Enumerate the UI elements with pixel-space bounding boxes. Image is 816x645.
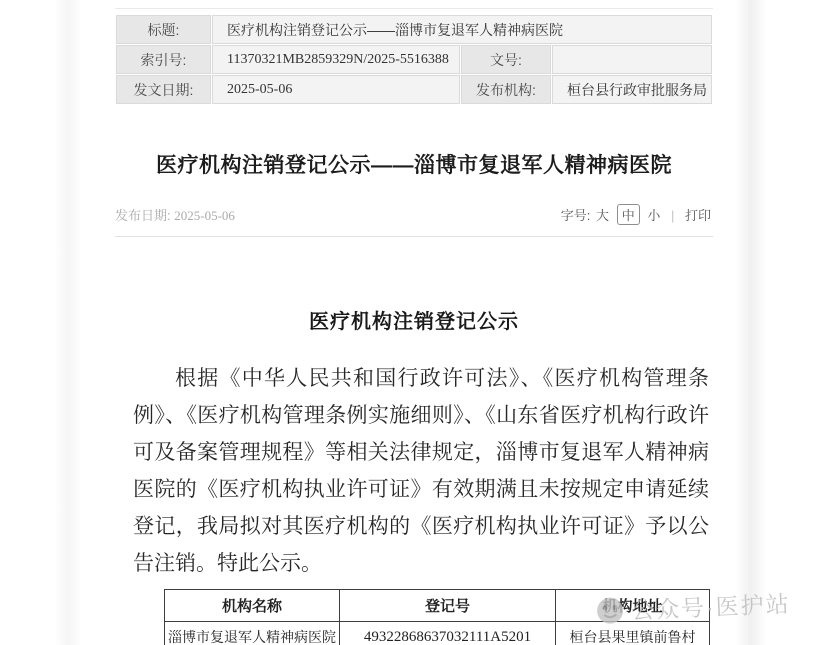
top-divider bbox=[115, 8, 713, 9]
cell-org-name: 淄博市复退军人精神病医院 bbox=[165, 622, 340, 645]
announcement-heading: 医疗机构注销登记公示 bbox=[115, 305, 713, 334]
document-meta-table: 标题: 医疗机构注销登记公示——淄博市复退军人精神病医院 索引号: 113703… bbox=[115, 14, 713, 105]
right-page-edge-shadow bbox=[735, 0, 767, 645]
page-title: 医疗机构注销登记公示——淄博市复退军人精神病医院 bbox=[115, 149, 713, 179]
meta-agency-value: 桓台县行政审批服务局 bbox=[552, 75, 712, 104]
column-header-reg-number: 登记号 bbox=[340, 590, 556, 622]
meta-row-title: 标题: 医疗机构注销登记公示——淄博市复退军人精神病医院 bbox=[116, 15, 712, 44]
page: 标题: 医疗机构注销登记公示——淄博市复退军人精神病医院 索引号: 113703… bbox=[0, 0, 816, 645]
article-meta-bar: 发布日期: 2025-05-06 字号: 大 中 小 | 打印 bbox=[115, 204, 713, 225]
meta-docnum-label: 文号: bbox=[461, 45, 551, 74]
column-header-org-address: 机构地址 bbox=[556, 590, 710, 622]
meta-title-label: 标题: bbox=[116, 15, 211, 44]
meta-index-label: 索引号: bbox=[116, 45, 211, 74]
meta-date-label: 发文日期: bbox=[116, 75, 211, 104]
fontsize-label: 字号: bbox=[561, 208, 591, 223]
meta-date-value: 2025-05-06 bbox=[212, 75, 460, 104]
meta-row-index: 索引号: 11370321MB2859329N/2025-5516388 文号: bbox=[116, 45, 712, 74]
cell-org-address: 桓台县果里镇前鲁村 bbox=[556, 622, 710, 645]
toolbar-separator: | bbox=[671, 208, 674, 223]
institution-table-header-row: 机构名称 登记号 机构地址 bbox=[165, 590, 710, 622]
meta-docnum-value bbox=[552, 45, 712, 74]
publish-date-value: 2025-05-06 bbox=[174, 208, 235, 223]
fontsize-large-button[interactable]: 大 bbox=[596, 205, 609, 224]
publish-date: 发布日期: 2025-05-06 bbox=[115, 205, 235, 224]
table-row: 淄博市复退军人精神病医院 49322868637032111A5201 桓台县果… bbox=[165, 622, 710, 645]
announcement-paragraph: 根据《中华人民共和国行政许可法》、《医疗机构管理条例》、《医疗机构管理条例实施细… bbox=[133, 360, 709, 582]
cell-reg-number: 49322868637032111A5201 bbox=[340, 622, 556, 645]
header-divider bbox=[115, 236, 713, 237]
publish-date-label: 发布日期: bbox=[115, 208, 171, 223]
institution-table: 机构名称 登记号 机构地址 淄博市复退军人精神病医院 4932286863703… bbox=[164, 589, 710, 645]
column-header-org-name: 机构名称 bbox=[165, 590, 340, 622]
print-button[interactable]: 打印 bbox=[685, 205, 711, 224]
meta-row-date: 发文日期: 2025-05-06 发布机构: 桓台县行政审批服务局 bbox=[116, 75, 712, 104]
meta-agency-label: 发布机构: bbox=[461, 75, 551, 104]
content-area: 标题: 医疗机构注销登记公示——淄博市复退军人精神病医院 索引号: 113703… bbox=[115, 0, 713, 645]
font-size-toolbar: 字号: 大 中 小 | 打印 bbox=[561, 204, 713, 225]
fontsize-medium-button[interactable]: 中 bbox=[617, 204, 640, 225]
fontsize-small-button[interactable]: 小 bbox=[647, 205, 660, 224]
meta-index-value: 11370321MB2859329N/2025-5516388 bbox=[212, 45, 460, 74]
meta-title-value: 医疗机构注销登记公示——淄博市复退军人精神病医院 bbox=[212, 15, 712, 44]
left-page-edge-shadow bbox=[54, 0, 82, 645]
